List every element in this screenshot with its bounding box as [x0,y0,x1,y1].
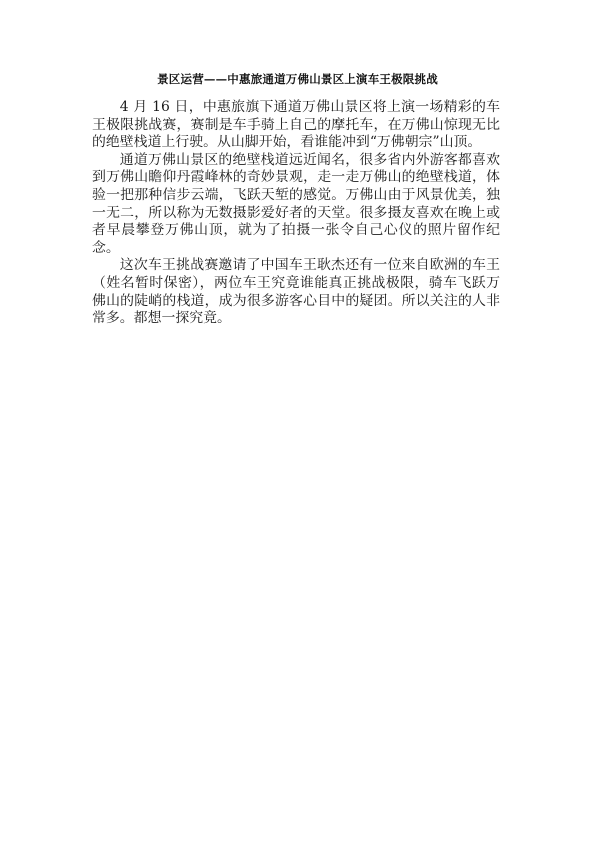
document-title: 景区运营——中惠旅通道万佛山景区上演车王极限挑战 [0,71,595,87]
paragraph: 通道万佛山景区的绝壁栈道远近闻名，很多省内外游客都喜欢到万佛山瞻仰丹霞峰林的奇妙… [92,152,500,258]
paragraph: 这次车王挑战赛邀请了中国车王耿杰还有一位来自欧洲的车王（姓名暂时保密），两位车王… [92,257,500,327]
document-page: 景区运营——中惠旅通道万佛山景区上演车王极限挑战 4 月 16 日，中惠旅旗下通… [0,0,595,842]
paragraph: 4 月 16 日，中惠旅旗下通道万佛山景区将上演一场精彩的车王极限挑战赛，赛制是… [92,99,500,152]
document-body: 4 月 16 日，中惠旅旗下通道万佛山景区将上演一场精彩的车王极限挑战赛，赛制是… [92,99,500,328]
